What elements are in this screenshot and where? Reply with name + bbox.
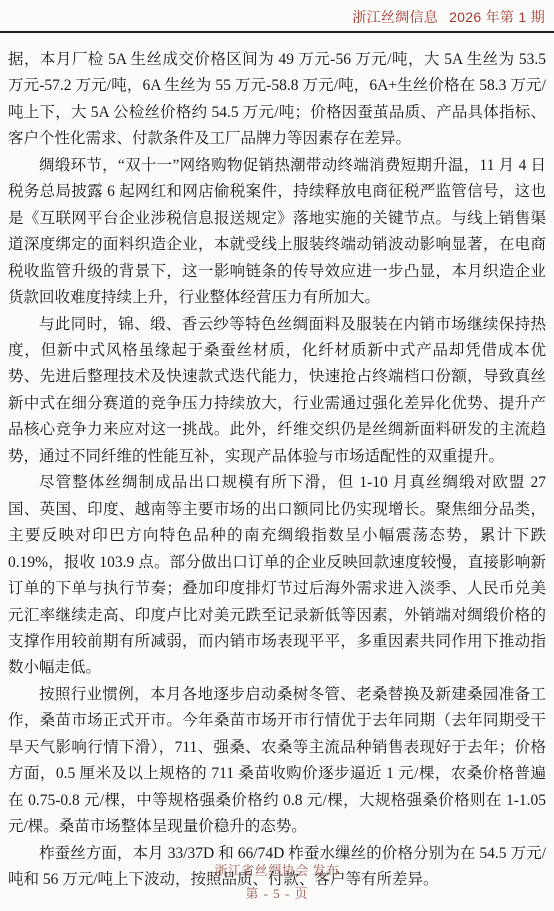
- newsletter-issue: 2026 年第 1 期: [449, 9, 545, 25]
- paragraph: 据，本月厂检 5A 生丝成交价格区间为 49 万元-56 万元/吨，大 5A 生…: [8, 47, 546, 153]
- paragraph: 绸缎环节，“双十一”网络购物促销热潮带动终端消费短期升温，11 月 4 日税务总…: [8, 153, 546, 312]
- publisher-line: 浙江省丝绸协会 发布: [0, 859, 554, 882]
- paragraph: 与此同时，锦、缎、香云纱等特色丝绸面料及服装在内销市场继续保持热度，但新中式风格…: [8, 312, 546, 471]
- newsletter-title: 浙江丝绸信息: [352, 9, 438, 25]
- paragraph: 尽管整体丝绸制成品出口规模有所下滑，但 1-10 月真丝绸缎对欧盟 27 国、英…: [8, 470, 546, 682]
- document-page: 浙江丝绸信息2026 年第 1 期 据，本月厂检 5A 生丝成交价格区间为 49…: [0, 0, 554, 911]
- page-header: 浙江丝绸信息2026 年第 1 期: [352, 7, 545, 27]
- page-number: 第 - 5 - 页: [0, 882, 554, 905]
- paragraph: 按照行业惯例，本月各地逐步启动桑树冬管、老桑替换及新建桑园准备工作，桑苗市场正式…: [8, 682, 546, 841]
- document-body: 据，本月厂检 5A 生丝成交价格区间为 49 万元-56 万元/吨，大 5A 生…: [8, 47, 546, 894]
- page-footer: 浙江省丝绸协会 发布 第 - 5 - 页: [0, 859, 554, 905]
- header-divider: [0, 31, 554, 33]
